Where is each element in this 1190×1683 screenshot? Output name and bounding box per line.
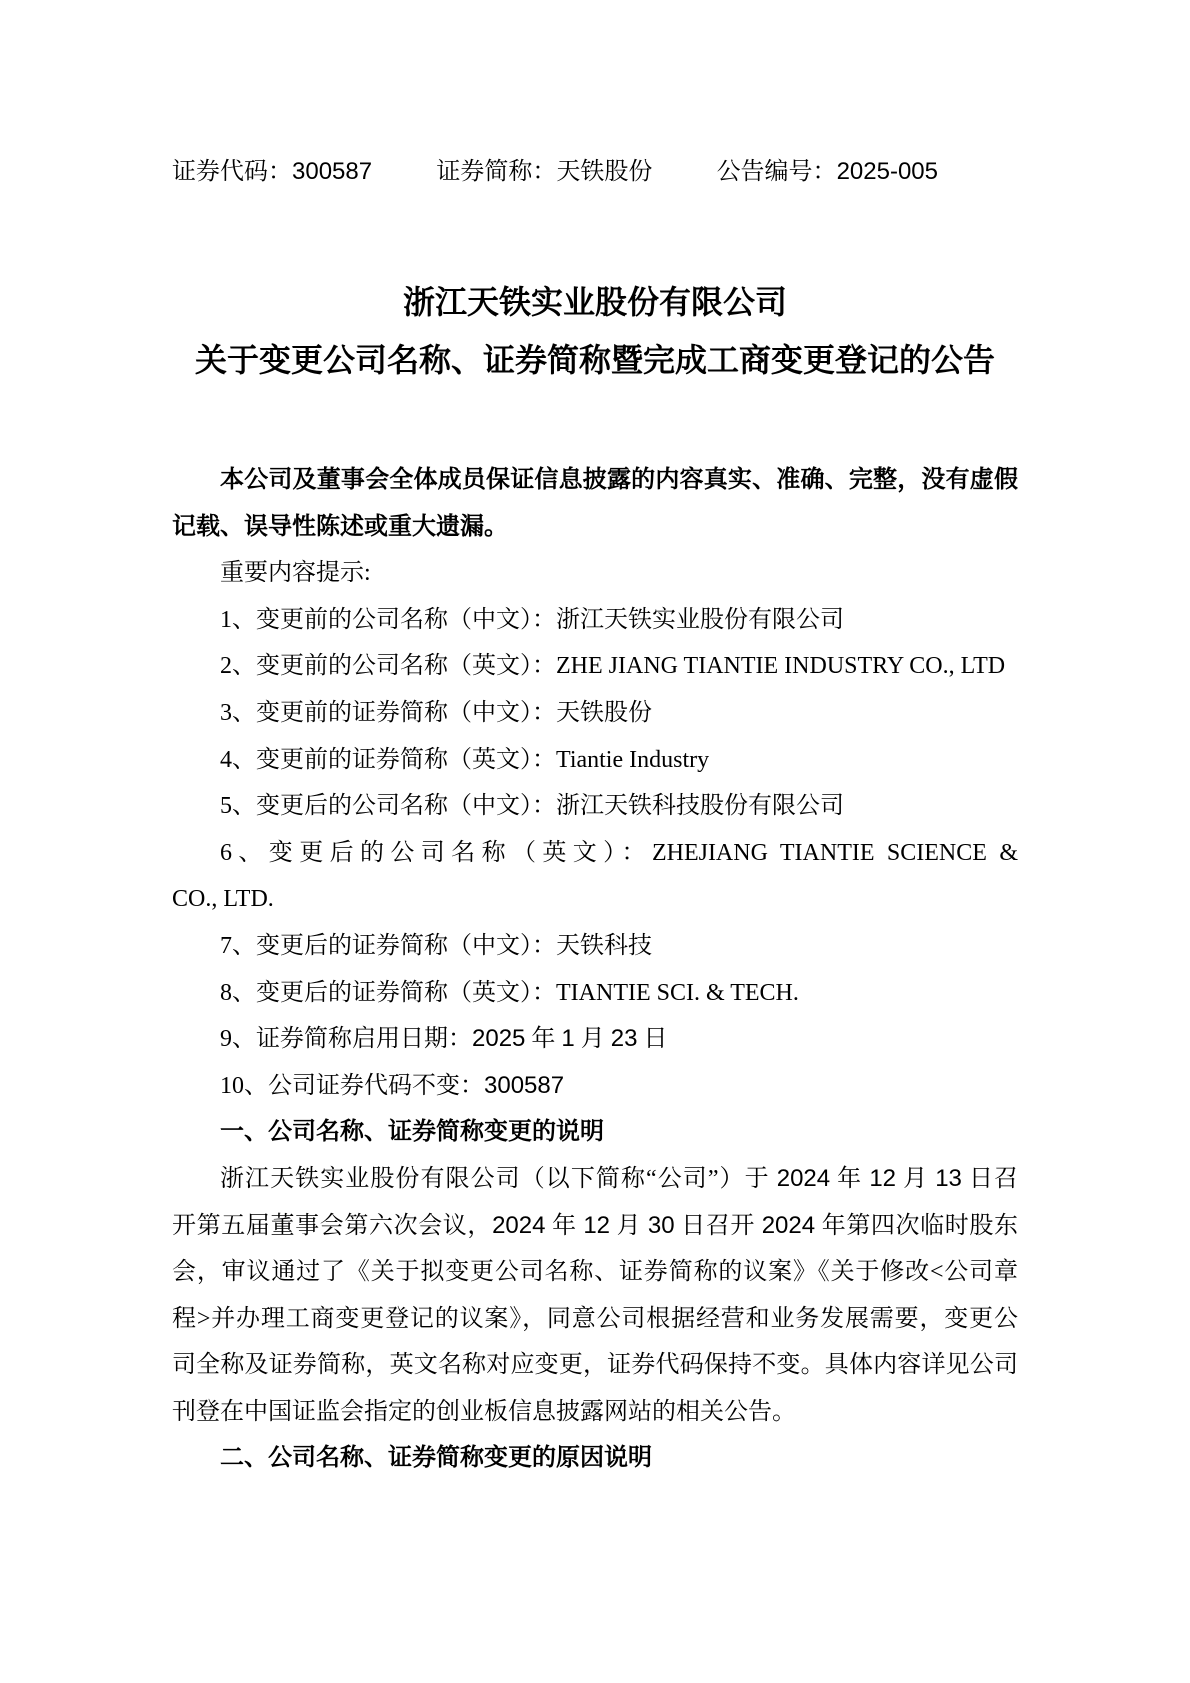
paragraph-line: 司全称及证券简称，英文名称对应变更，证券代码保持不变。具体内容详见公司 bbox=[172, 1342, 1018, 1389]
notice-item: 1、变更前的公司名称（中文）：浙江天铁实业股份有限公司 bbox=[172, 597, 1018, 644]
notice-item: 2、变更前的公司名称（英文）：ZHE JIANG TIANTIE INDUSTR… bbox=[172, 643, 1018, 690]
section1-heading: 一、公司名称、证券简称变更的说明 bbox=[172, 1109, 1018, 1156]
announcement-number: 公告编号：2025-005 bbox=[717, 155, 938, 189]
section2-heading: 二、公司名称、证券简称变更的原因说明 bbox=[172, 1435, 1018, 1482]
announcement-page: 证券代码：300587 证券简称：天铁股份 公告编号：2025-005 浙江天铁… bbox=[0, 0, 1190, 1683]
notice-item: 7、变更后的证券简称（中文）：天铁科技 bbox=[172, 923, 1018, 970]
securities-code: 证券代码：300587 bbox=[172, 155, 372, 189]
tips-heading: 重要内容提示: bbox=[172, 550, 1018, 597]
notice-item: 9、证券简称启用日期：2025 年 1 月 23 日 bbox=[172, 1016, 1018, 1063]
paragraph-line: 刊登在中国证监会指定的创业板信息披露网站的相关公告。 bbox=[172, 1389, 1018, 1436]
paragraph-line: 开第五届董事会第六次会议，2024 年 12 月 30 日召开 2024 年第四… bbox=[172, 1203, 1018, 1250]
company-name-title: 浙江天铁实业股份有限公司 bbox=[172, 273, 1018, 331]
paragraph-line: 程>并办理工商变更登记的议案》，同意公司根据经营和业务发展需要，变更公 bbox=[172, 1296, 1018, 1343]
paragraph-line: 浙江天铁实业股份有限公司（以下简称“公司”）于 2024 年 12 月 13 日… bbox=[172, 1156, 1018, 1203]
paragraph-line: 会，审议通过了《关于拟变更公司名称、证券简称的议案》《关于修改<公司章 bbox=[172, 1249, 1018, 1296]
page-content: 证券代码：300587 证券简称：天铁股份 公告编号：2025-005 浙江天铁… bbox=[172, 0, 1018, 1482]
document-body: 本公司及董事会全体成员保证信息披露的内容真实、准确、完整，没有虚假 记载、误导性… bbox=[172, 457, 1018, 1482]
notice-item: 6、变更后的公司名称（英文）：ZHEJIANG TIANTIE SCIENCE … bbox=[172, 830, 1018, 877]
notice-item-continuation: CO., LTD. bbox=[172, 876, 1018, 923]
announcement-title: 关于变更公司名称、证券简称暨完成工商变更登记的公告 bbox=[172, 331, 1018, 389]
title-block: 浙江天铁实业股份有限公司 关于变更公司名称、证券简称暨完成工商变更登记的公告 bbox=[172, 273, 1018, 389]
securities-abbr: 证券简称：天铁股份 bbox=[436, 155, 652, 189]
declaration-line: 本公司及董事会全体成员保证信息披露的内容真实、准确、完整，没有虚假 bbox=[172, 457, 1018, 504]
document-header: 证券代码：300587 证券简称：天铁股份 公告编号：2025-005 bbox=[172, 0, 938, 189]
notice-item: 4、变更前的证券简称（英文）：Tiantie Industry bbox=[172, 737, 1018, 784]
declaration-line: 记载、误导性陈述或重大遗漏。 bbox=[172, 504, 1018, 551]
notice-item: 8、变更后的证券简称（英文）：TIANTIE SCI. & TECH. bbox=[172, 970, 1018, 1017]
notice-item: 10、公司证券代码不变：300587 bbox=[172, 1063, 1018, 1110]
notice-item: 5、变更后的公司名称（中文）：浙江天铁科技股份有限公司 bbox=[172, 783, 1018, 830]
notice-item: 3、变更前的证券简称（中文）：天铁股份 bbox=[172, 690, 1018, 737]
